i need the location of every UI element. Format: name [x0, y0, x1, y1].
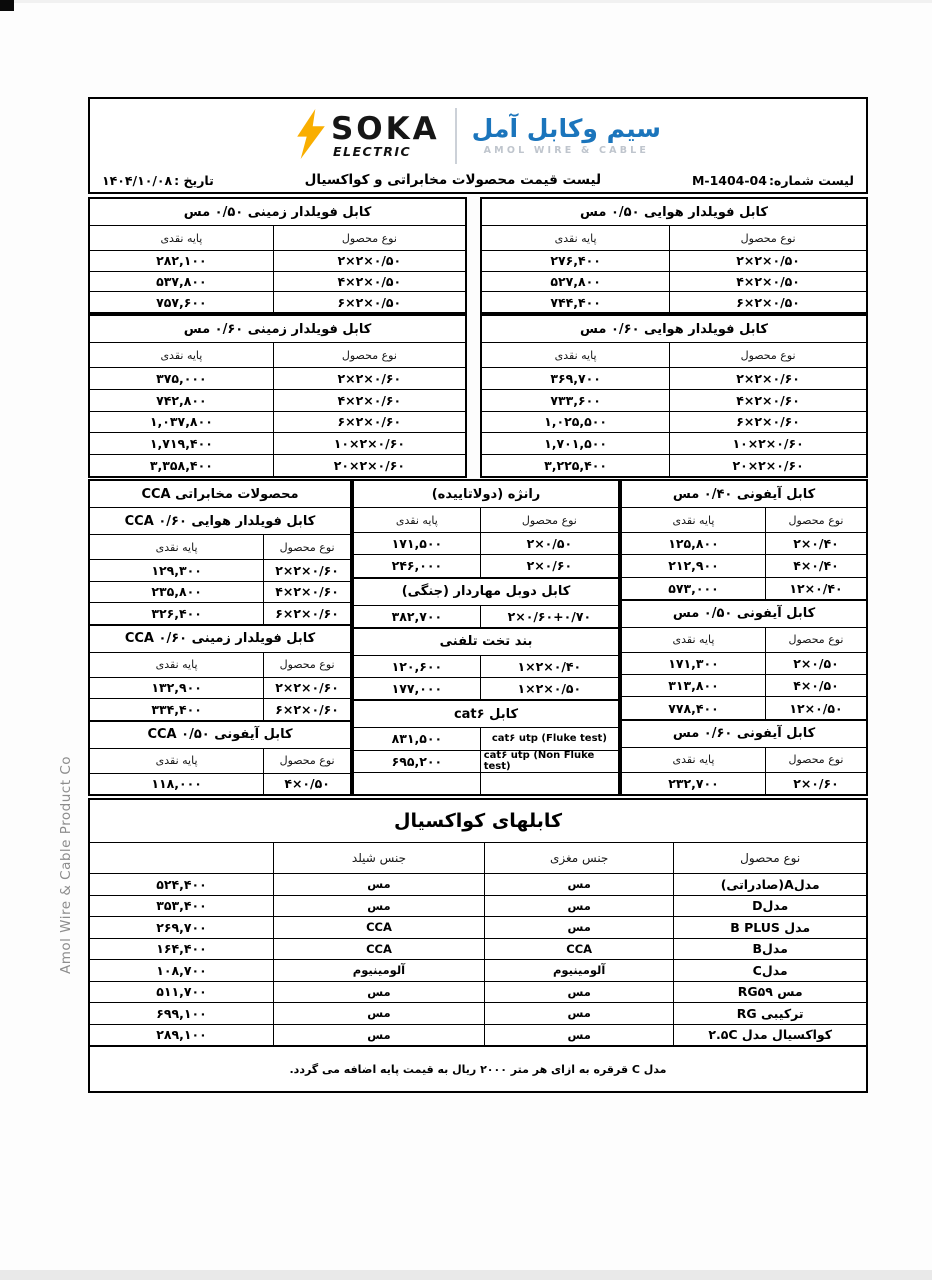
price-cell: ۵۲۴,۴۰۰ — [90, 874, 274, 895]
scan-edge-bottom — [0, 1270, 932, 1280]
table-row: مدل B PLUS مس CCA ۲۶۹,۷۰۰ — [90, 916, 866, 938]
table-row: ۴×۰/۴۰۲۱۲,۹۰۰ — [622, 554, 866, 576]
table-title: کابل فویلدار هوایی ۰/۵۰ مس — [482, 199, 866, 225]
price-cell: ۷۵۷,۶۰۰ — [90, 292, 274, 312]
table-foil-aerial-060-copper: کابل فویلدار هوایی ۰/۶۰ مس نوع محصول پای… — [480, 314, 868, 478]
product-spec-cell: ۲×۲×۰/۶۰ — [264, 678, 350, 699]
product-spec-cell: ۶×۲×۰/۶۰ — [670, 412, 866, 433]
core-material-cell: مس — [485, 1025, 674, 1046]
table-cca-products-column: محصولات مخابراتی CCA کابل فویلدار هوایی … — [88, 479, 352, 796]
product-spec-cell: ۱۰×۲×۰/۶۰ — [670, 433, 866, 454]
product-spec-cell: cat۶ utp (Non Fluke test) — [481, 751, 618, 772]
price-cell: ۷۴۴,۴۰۰ — [482, 292, 670, 312]
table-row: ۲×۲×۰/۶۰۱۲۹,۳۰۰ — [90, 559, 350, 581]
table-row: ۱۰×۲×۰/۶۰۱,۷۱۹,۴۰۰ — [90, 432, 465, 454]
price-cell: ۲۴۶,۰۰۰ — [354, 555, 481, 576]
cash-price-header: پایه نقدی — [482, 226, 670, 250]
table-row: cat۶ utp (Non Fluke test)۶۹۵,۲۰۰ — [354, 750, 618, 772]
price-cell: ۱۲۹,۳۰۰ — [90, 560, 264, 581]
amol-wordmark-farsi: سیم وکابل آمل — [472, 115, 661, 144]
list-number: لیست شماره: M-1404-04 — [692, 173, 854, 188]
cash-price-header: پایه نقدی — [354, 508, 481, 532]
model-cell: مس RG۵۹ — [674, 982, 866, 1003]
model-c-footnote: مدل C قرقره به ازای هر متر ۲۰۰۰ ریال به … — [90, 1047, 866, 1091]
logo-divider — [455, 108, 457, 164]
core-material-cell: مس — [485, 874, 674, 895]
price-cell: ۱۱۸,۰۰۰ — [90, 774, 264, 795]
product-spec-cell: cat۶ utp (Fluke test) — [481, 728, 618, 749]
table-row: ۲۰×۲×۰/۶۰۳,۳۵۸,۴۰۰ — [90, 454, 465, 476]
table-header-row: نوع محصول پایه نقدی — [90, 653, 350, 677]
table-row: cat۶ utp (Fluke test)۸۳۱,۵۰۰ — [354, 728, 618, 749]
cash-price-header: پایه نقدی — [90, 535, 264, 559]
scan-corner-mark — [0, 0, 14, 11]
model-cell: مدلC — [674, 960, 866, 981]
empty-cell — [481, 773, 618, 794]
table-title: کابل فویلدار هوایی ۰/۶۰ CCA — [90, 508, 350, 534]
table-row: ۶×۲×۰/۶۰۱,۰۲۵,۵۰۰ — [482, 411, 866, 433]
model-cell: کواکسیال مدل ۲.۵C — [674, 1025, 866, 1046]
section-title-row: محصولات مخابراتی CCA — [90, 481, 350, 508]
product-spec-cell: ۱×۲×۰/۵۰ — [481, 678, 618, 699]
price-cell: ۱,۰۲۵,۵۰۰ — [482, 412, 670, 433]
price-cell: ۱,۷۰۱,۵۰۰ — [482, 433, 670, 454]
table-row: ۱×۲×۰/۵۰۱۷۷,۰۰۰ — [354, 677, 618, 699]
empty-row — [354, 772, 618, 794]
product-type-header: نوع محصول — [274, 226, 465, 250]
table-row: ۲×۲×۰/۶۰۳۷۵,۰۰۰ — [90, 367, 465, 389]
product-spec-cell: ۲×۰/۶۰ — [766, 773, 866, 794]
product-type-header: نوع محصول — [674, 843, 866, 873]
shield-material-cell: مس — [274, 874, 485, 895]
product-spec-cell: ۱۲×۰/۵۰ — [766, 697, 866, 718]
document-date: تاریخ : ۱۴۰۴/۱۰/۰۸ — [102, 173, 214, 188]
table-row: ۴×۲×۰/۶۰۷۴۲,۸۰۰ — [90, 389, 465, 411]
table-title: کابل فویلدار هوایی ۰/۶۰ مس — [482, 316, 866, 342]
price-header-empty — [90, 843, 274, 873]
product-spec-cell: ۲×۲×۰/۵۰ — [670, 251, 866, 271]
empty-cell — [354, 773, 481, 794]
price-cell: ۳۵۳,۴۰۰ — [90, 896, 274, 917]
price-cell: ۲۸۹,۱۰۰ — [90, 1025, 274, 1046]
table-title: کابل cat۶ — [354, 701, 618, 727]
cash-price-header: پایه نقدی — [622, 628, 766, 652]
table-title: کابل آیفونی ۰/۶۰ مس — [622, 721, 866, 747]
cca-section-title: محصولات مخابراتی CCA — [90, 481, 350, 507]
shield-material-cell: CCA — [274, 939, 485, 960]
table-row: ۲۰×۲×۰/۶۰۳,۲۲۵,۴۰۰ — [482, 454, 866, 476]
core-material-cell: مس — [485, 917, 674, 938]
table-title-row: رانژه (دولاتاییده) — [354, 481, 618, 508]
table-title-row: کابل cat۶ — [354, 699, 618, 728]
date-label: تاریخ : — [174, 173, 214, 188]
table-header-row: نوع محصول پایه نقدی — [354, 508, 618, 532]
product-spec-cell: ۲×۰/۶۰+۰/۷۰ — [481, 606, 618, 627]
table-foil-ground-050-copper: کابل فویلدار زمینی ۰/۵۰ مس نوع محصول پای… — [88, 197, 467, 314]
list-number-label: لیست شماره: — [769, 173, 854, 188]
shield-material-cell: CCA — [274, 917, 485, 938]
table-row: ۲×۲×۰/۵۰۲۷۶,۴۰۰ — [482, 250, 866, 271]
table-title-row: کابل فویلدار هوایی ۰/۵۰ مس — [482, 199, 866, 226]
table-row: ۴×۲×۰/۶۰۲۳۵,۸۰۰ — [90, 581, 350, 603]
product-spec-cell: ۴×۰/۵۰ — [264, 774, 350, 795]
scan-edge — [0, 0, 932, 3]
table-foil-aerial-050-copper: کابل فویلدار هوایی ۰/۵۰ مس نوع محصول پای… — [480, 197, 868, 314]
footnote-row: مدل C قرقره به ازای هر متر ۲۰۰۰ ریال به … — [90, 1045, 866, 1091]
table-row: ۲×۲×۰/۵۰۲۸۲,۱۰۰ — [90, 250, 465, 271]
price-cell: ۲۱۲,۹۰۰ — [622, 555, 766, 576]
product-spec-cell: ۲×۲×۰/۶۰ — [670, 368, 866, 389]
price-cell: ۱۶۴,۴۰۰ — [90, 939, 274, 960]
price-cell: ۸۳۱,۵۰۰ — [354, 728, 481, 749]
table-row: ۱۲×۰/۵۰۷۷۸,۴۰۰ — [622, 696, 866, 718]
product-spec-cell: ۴×۲×۰/۶۰ — [670, 390, 866, 411]
core-material-cell: مس — [485, 1003, 674, 1024]
product-spec-cell: ۲×۰/۶۰ — [481, 555, 618, 576]
shield-material-cell: آلومینیوم — [274, 960, 485, 981]
cash-price-header: پایه نقدی — [90, 749, 264, 773]
product-type-header: نوع محصول — [766, 628, 866, 652]
product-spec-cell: ۲×۲×۰/۶۰ — [274, 368, 465, 389]
table-row: ۶×۲×۰/۵۰۷۴۴,۴۰۰ — [482, 291, 866, 312]
price-cell: ۱,۰۳۷,۸۰۰ — [90, 412, 274, 433]
price-cell: ۳۳۴,۴۰۰ — [90, 699, 264, 720]
shield-material-cell: مس — [274, 1003, 485, 1024]
product-type-header: نوع محصول — [670, 226, 866, 250]
cash-price-header: پایه نقدی — [622, 748, 766, 772]
table-row: ۲×۰/۴۰۱۲۵,۸۰۰ — [622, 532, 866, 554]
model-cell: مدلB — [674, 939, 866, 960]
table-row: ۲×۰/۵۰۱۷۱,۵۰۰ — [354, 532, 618, 554]
price-cell: ۵۱۱,۷۰۰ — [90, 982, 274, 1003]
table-header-row: نوع محصول جنس مغزی جنس شیلد — [90, 843, 866, 873]
price-cell: ۱۷۱,۵۰۰ — [354, 533, 481, 554]
price-cell: ۷۳۳,۶۰۰ — [482, 390, 670, 411]
product-type-header: نوع محصول — [670, 343, 866, 367]
price-cell: ۲۸۲,۱۰۰ — [90, 251, 274, 271]
table-row: ۴×۲×۰/۵۰۵۳۷,۸۰۰ — [90, 271, 465, 292]
price-cell: ۵۲۷,۸۰۰ — [482, 272, 670, 292]
table-header-row: نوع محصول پایه نقدی — [90, 749, 350, 773]
table-title-row: کابل آیفونی ۰/۴۰ مس — [622, 481, 866, 508]
table-title-row: کابل فویلدار زمینی ۰/۶۰ مس — [90, 316, 465, 343]
price-cell: ۳۷۵,۰۰۰ — [90, 368, 274, 389]
product-spec-cell: ۶×۲×۰/۵۰ — [274, 292, 465, 312]
table-row: مدلD مس مس ۳۵۳,۴۰۰ — [90, 895, 866, 917]
price-cell: ۷۷۸,۴۰۰ — [622, 697, 766, 718]
table-header-row: نوع محصول پایه نقدی — [622, 508, 866, 532]
table-title-row: بند تخت تلفنی — [354, 627, 618, 656]
product-type-header: نوع محصول — [264, 535, 350, 559]
amol-wordmark-english: AMOL WIRE & CABLE — [484, 146, 649, 157]
price-cell: ۲۳۵,۸۰۰ — [90, 582, 264, 603]
price-cell: ۶۹۹,۱۰۰ — [90, 1003, 274, 1024]
price-cell: ۷۴۲,۸۰۰ — [90, 390, 274, 411]
price-cell: ۳۸۲,۷۰۰ — [354, 606, 481, 627]
table-title-row: کابل فویلدار زمینی ۰/۶۰ CCA — [90, 624, 350, 653]
price-cell: ۳۱۳,۸۰۰ — [622, 675, 766, 696]
table-row: مدلA(صادراتی) مس مس ۵۲۴,۴۰۰ — [90, 873, 866, 895]
table-row: ۲×۰/۶۰۲۴۶,۰۰۰ — [354, 554, 618, 576]
product-spec-cell: ۲×۰/۵۰ — [766, 653, 866, 674]
table-row: ۶×۲×۰/۶۰۳۲۶,۴۰۰ — [90, 602, 350, 624]
table-title: کابل فویلدار زمینی ۰/۶۰ CCA — [90, 626, 350, 652]
price-cell: ۵۳۷,۸۰۰ — [90, 272, 274, 292]
table-header-row: نوع محصول پایه نقدی — [90, 535, 350, 559]
product-type-header: نوع محصول — [766, 508, 866, 532]
product-spec-cell: ۱۰×۲×۰/۶۰ — [274, 433, 465, 454]
price-cell: ۳۲۶,۴۰۰ — [90, 603, 264, 624]
product-type-header: نوع محصول — [766, 748, 866, 772]
price-cell: ۶۹۵,۲۰۰ — [354, 751, 481, 772]
product-spec-cell: ۲۰×۲×۰/۶۰ — [274, 455, 465, 476]
core-material-cell: مس — [485, 896, 674, 917]
coax-section-title: کابلهای کواکسیال — [90, 800, 866, 842]
logo-strip: SOKA ELECTRIC سیم وکابل آمل AMOL WIRE & … — [90, 99, 866, 167]
table-row: ترکیبی RG مس مس ۶۹۹,۱۰۰ — [90, 1002, 866, 1024]
soka-logo: SOKA ELECTRIC — [295, 109, 440, 163]
product-spec-cell: ۴×۲×۰/۵۰ — [274, 272, 465, 292]
price-cell: ۵۷۳,۰۰۰ — [622, 578, 766, 599]
table-coaxial-cables: کابلهای کواکسیال نوع محصول جنس مغزی جنس … — [88, 798, 868, 1093]
model-cell: ترکیبی RG — [674, 1003, 866, 1024]
table-row: ۱×۲×۰/۴۰۱۲۰,۶۰۰ — [354, 656, 618, 677]
cash-price-header: پایه نقدی — [90, 226, 274, 250]
price-cell: ۱۲۵,۸۰۰ — [622, 533, 766, 554]
price-cell: ۱۷۷,۰۰۰ — [354, 678, 481, 699]
core-material-header: جنس مغزی — [485, 843, 674, 873]
product-spec-cell: ۲×۲×۰/۶۰ — [264, 560, 350, 581]
table-title: رانژه (دولاتاییده) — [354, 481, 618, 507]
coax-title-row: کابلهای کواکسیال — [90, 800, 866, 843]
table-title: کابل آیفونی ۰/۴۰ مس — [622, 481, 866, 507]
price-cell: ۲۶۹,۷۰۰ — [90, 917, 274, 938]
price-cell: ۳,۲۲۵,۴۰۰ — [482, 455, 670, 476]
product-spec-cell: ۱۲×۰/۴۰ — [766, 578, 866, 599]
shield-material-cell: مس — [274, 896, 485, 917]
table-title: کابل فویلدار زمینی ۰/۵۰ مس — [90, 199, 465, 225]
model-cell: مدل B PLUS — [674, 917, 866, 938]
table-row: ۴×۰/۵۰۳۱۳,۸۰۰ — [622, 674, 866, 696]
table-title-row: کابل دوبل مهاردار (جنگی) — [354, 577, 618, 606]
product-type-header: نوع محصول — [264, 653, 350, 677]
price-cell: ۱,۷۱۹,۴۰۰ — [90, 433, 274, 454]
date-value: ۱۴۰۴/۱۰/۰۸ — [102, 173, 172, 188]
price-cell: ۲۷۶,۴۰۰ — [482, 251, 670, 271]
price-cell: ۳۶۹,۷۰۰ — [482, 368, 670, 389]
table-title-row: کابل آیفونی ۰/۵۰ CCA — [90, 720, 350, 749]
table-title: کابل آیفونی ۰/۵۰ CCA — [90, 722, 350, 748]
table-row: ۴×۰/۵۰۱۱۸,۰۰۰ — [90, 773, 350, 795]
table-row: ۲×۲×۰/۶۰۱۳۲,۹۰۰ — [90, 677, 350, 699]
product-spec-cell: ۴×۲×۰/۶۰ — [274, 390, 465, 411]
table-telephone-misc-column: رانژه (دولاتاییده) نوع محصول پایه نقدی ۲… — [352, 479, 620, 796]
table-header-row: نوع محصول پایه نقدی — [90, 226, 465, 250]
product-type-header: نوع محصول — [481, 508, 618, 532]
table-row: ۶×۲×۰/۶۰۱,۰۳۷,۸۰۰ — [90, 411, 465, 433]
table-header-row: نوع محصول پایه نقدی — [622, 628, 866, 652]
price-cell: ۱۷۱,۳۰۰ — [622, 653, 766, 674]
list-number-value: M-1404-04 — [692, 173, 767, 188]
table-title-row: کابل آیفونی ۰/۵۰ مس — [622, 599, 866, 628]
product-spec-cell: ۶×۲×۰/۶۰ — [264, 603, 350, 624]
amol-logo: سیم وکابل آمل AMOL WIRE & CABLE — [472, 115, 661, 157]
table-title-row: کابل فویلدار هوایی ۰/۶۰ مس — [482, 316, 866, 343]
price-cell: ۱۳۲,۹۰۰ — [90, 678, 264, 699]
cash-price-header: پایه نقدی — [90, 343, 274, 367]
product-spec-cell: ۲×۲×۰/۵۰ — [274, 251, 465, 271]
table-title: کابل دوبل مهاردار (جنگی) — [354, 579, 618, 605]
table-row: ۴×۲×۰/۶۰۷۳۳,۶۰۰ — [482, 389, 866, 411]
table-row: ۲×۰/۶۰+۰/۷۰۳۸۲,۷۰۰ — [354, 606, 618, 627]
price-cell: ۲۳۲,۷۰۰ — [622, 773, 766, 794]
table-row: ۲×۲×۰/۶۰۳۶۹,۷۰۰ — [482, 367, 866, 389]
shield-material-header: جنس شیلد — [274, 843, 485, 873]
table-row: ۲×۰/۶۰۲۳۲,۷۰۰ — [622, 772, 866, 794]
cash-price-header: پایه نقدی — [482, 343, 670, 367]
table-row: ۱۲×۰/۴۰۵۷۳,۰۰۰ — [622, 577, 866, 599]
soka-electric-label: ELECTRIC — [331, 146, 440, 159]
product-spec-cell: ۲۰×۲×۰/۶۰ — [670, 455, 866, 476]
table-header-row: نوع محصول پایه نقدی — [482, 226, 866, 250]
table-foil-ground-060-copper: کابل فویلدار زمینی ۰/۶۰ مس نوع محصول پای… — [88, 314, 467, 478]
table-header-row: نوع محصول پایه نقدی — [622, 748, 866, 772]
document-header: SOKA ELECTRIC سیم وکابل آمل AMOL WIRE & … — [88, 97, 868, 194]
table-row: ۲×۰/۵۰۱۷۱,۳۰۰ — [622, 652, 866, 674]
product-spec-cell: ۶×۲×۰/۵۰ — [670, 292, 866, 312]
product-spec-cell: ۲×۰/۴۰ — [766, 533, 866, 554]
table-row: ۶×۲×۰/۶۰۳۳۴,۴۰۰ — [90, 698, 350, 720]
core-material-cell: CCA — [485, 939, 674, 960]
product-spec-cell: ۶×۲×۰/۶۰ — [264, 699, 350, 720]
table-header-row: نوع محصول پایه نقدی — [90, 343, 465, 367]
shield-material-cell: مس — [274, 982, 485, 1003]
table-header-row: نوع محصول پایه نقدی — [482, 343, 866, 367]
document-meta-row: لیست شماره: M-1404-04 لیست قیمت محصولات … — [102, 172, 854, 188]
table-title: کابل فویلدار زمینی ۰/۶۰ مس — [90, 316, 465, 342]
table-row: ۱۰×۲×۰/۶۰۱,۷۰۱,۵۰۰ — [482, 432, 866, 454]
model-cell: مدلA(صادراتی) — [674, 874, 866, 895]
price-cell: ۱۲۰,۶۰۰ — [354, 656, 481, 677]
table-title-row: کابل فویلدار هوایی ۰/۶۰ CCA — [90, 508, 350, 535]
table-title-row: کابل فویلدار زمینی ۰/۵۰ مس — [90, 199, 465, 226]
cash-price-header: پایه نقدی — [90, 653, 264, 677]
soka-wordmark: SOKA — [331, 114, 440, 145]
table-row: مس RG۵۹ مس مس ۵۱۱,۷۰۰ — [90, 981, 866, 1003]
core-material-cell: مس — [485, 982, 674, 1003]
product-spec-cell: ۲×۰/۵۰ — [481, 533, 618, 554]
product-type-header: نوع محصول — [264, 749, 350, 773]
price-cell: ۱۰۸,۷۰۰ — [90, 960, 274, 981]
table-iphone-copper-column: کابل آیفونی ۰/۴۰ مس نوع محصول پایه نقدی … — [620, 479, 868, 796]
product-spec-cell: ۶×۲×۰/۶۰ — [274, 412, 465, 433]
product-spec-cell: ۴×۲×۰/۶۰ — [264, 582, 350, 603]
table-title-row: کابل آیفونی ۰/۶۰ مس — [622, 719, 866, 748]
core-material-cell: آلومینیوم — [485, 960, 674, 981]
document-title: لیست قیمت محصولات مخابراتی و کواکسیال — [305, 172, 601, 188]
model-cell: مدلD — [674, 896, 866, 917]
shield-material-cell: مس — [274, 1025, 485, 1046]
product-spec-cell: ۴×۲×۰/۵۰ — [670, 272, 866, 292]
price-cell: ۳,۳۵۸,۴۰۰ — [90, 455, 274, 476]
table-row: مدلB CCA CCA ۱۶۴,۴۰۰ — [90, 938, 866, 960]
table-title: کابل آیفونی ۰/۵۰ مس — [622, 601, 866, 627]
table-row: مدلC آلومینیوم آلومینیوم ۱۰۸,۷۰۰ — [90, 959, 866, 981]
table-row: کواکسیال مدل ۲.۵C مس مس ۲۸۹,۱۰۰ — [90, 1024, 866, 1046]
product-spec-cell: ۴×۰/۴۰ — [766, 555, 866, 576]
table-row: ۴×۲×۰/۵۰۵۲۷,۸۰۰ — [482, 271, 866, 292]
cash-price-header: پایه نقدی — [622, 508, 766, 532]
table-title: بند تخت تلفنی — [354, 629, 618, 655]
side-company-text: Amol Wire & Cable Product Co — [58, 756, 74, 974]
product-type-header: نوع محصول — [274, 343, 465, 367]
table-row: ۶×۲×۰/۵۰۷۵۷,۶۰۰ — [90, 291, 465, 312]
product-spec-cell: ۱×۲×۰/۴۰ — [481, 656, 618, 677]
lightning-bolt-icon — [295, 109, 327, 163]
product-spec-cell: ۴×۰/۵۰ — [766, 675, 866, 696]
